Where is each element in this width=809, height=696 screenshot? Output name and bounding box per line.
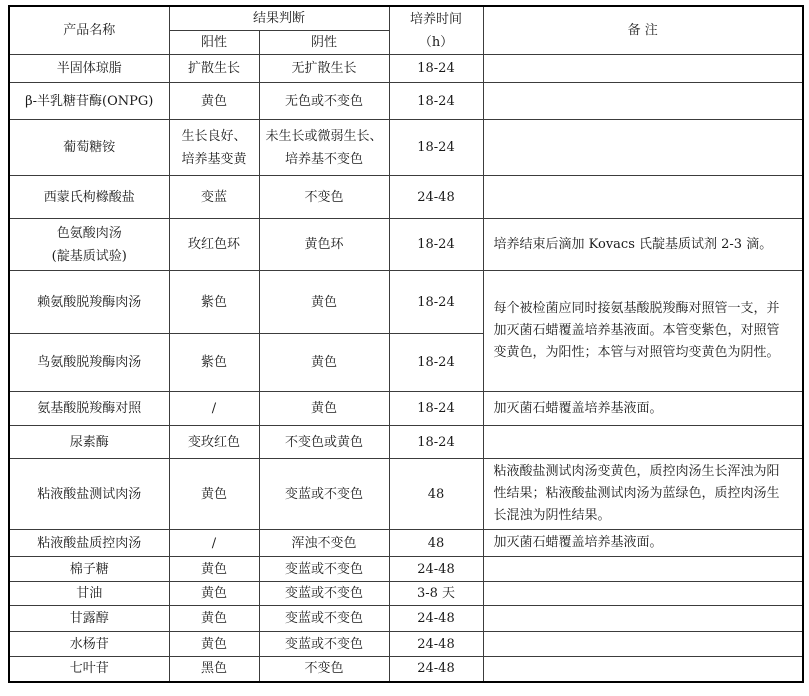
negative-result-cell: 黄色 — [259, 334, 389, 392]
negative-result-cell: 变蓝或不变色 — [259, 459, 389, 530]
positive-result-cell: / — [169, 530, 259, 557]
positive-result-cell: / — [169, 392, 259, 426]
negative-result-cell: 变蓝或不变色 — [259, 632, 389, 657]
biochemical-test-document: 产品名称 结果判断 培养时间 （h） 备 注 阳性 阴性 半固体琼脂 扩散生长 … — [0, 5, 809, 696]
remark-cell: 加灭菌石蜡覆盖培养基液面。 — [483, 392, 803, 426]
positive-result-cell: 紫色 — [169, 334, 259, 392]
negative-result-cell: 黄色 — [259, 271, 389, 334]
product-name-cell: 棉子糖 — [9, 557, 169, 582]
positive-result-cell: 黄色 — [169, 632, 259, 657]
remark-cell: 粘液酸盐测试肉汤变黄色，质控肉汤生长浑浊为阳性结果；粘液酸盐测试肉汤为蓝绿色，质… — [483, 459, 803, 530]
product-name-cell: 粘液酸盐质控肉汤 — [9, 530, 169, 557]
header-culture-time: 培养时间 （h） — [389, 6, 483, 55]
header-negative: 阴性 — [259, 31, 389, 55]
table-row: 甘油 黄色 变蓝或不变色 3-8 天 — [9, 582, 803, 606]
positive-result-cell: 黄色 — [169, 459, 259, 530]
product-name-cell: 甘露醇 — [9, 606, 169, 632]
negative-result-cell: 不变色或黄色 — [259, 426, 389, 459]
product-name-cell: 色氨酸肉汤 (靛基质试验) — [9, 219, 169, 271]
product-name-cell: 氨基酸脱羧酶对照 — [9, 392, 169, 426]
header-positive: 阳性 — [169, 31, 259, 55]
positive-result-cell: 黑色 — [169, 657, 259, 682]
culture-time-cell: 18-24 — [389, 55, 483, 83]
remark-cell — [483, 176, 803, 219]
remark-cell — [483, 582, 803, 606]
table-row: 西蒙氏枸橼酸盐 变蓝 不变色 24-48 — [9, 176, 803, 219]
remark-cell — [483, 55, 803, 83]
culture-time-cell: 18-24 — [389, 219, 483, 271]
table-row: 甘露醇 黄色 变蓝或不变色 24-48 — [9, 606, 803, 632]
product-name-cell: 赖氨酸脱羧酶肉汤 — [9, 271, 169, 334]
culture-time-cell: 24-48 — [389, 606, 483, 632]
positive-result-cell: 黄色 — [169, 557, 259, 582]
culture-time-cell: 18-24 — [389, 392, 483, 426]
culture-time-cell: 18-24 — [389, 271, 483, 334]
positive-result-cell: 扩散生长 — [169, 55, 259, 83]
culture-time-cell: 24-48 — [389, 557, 483, 582]
table-row: 半固体琼脂 扩散生长 无扩散生长 18-24 — [9, 55, 803, 83]
results-table: 产品名称 结果判断 培养时间 （h） 备 注 阳性 阴性 半固体琼脂 扩散生长 … — [8, 5, 804, 683]
culture-time-cell: 18-24 — [389, 334, 483, 392]
positive-result-cell: 黄色 — [169, 606, 259, 632]
table-row: β-半乳糖苷酶(ONPG) 黄色 无色或不变色 18-24 — [9, 83, 803, 120]
header-result-judgment: 结果判断 — [169, 6, 389, 31]
culture-time-cell: 18-24 — [389, 120, 483, 176]
table-row: 粘液酸盐测试肉汤 黄色 变蓝或不变色 48 粘液酸盐测试肉汤变黄色，质控肉汤生长… — [9, 459, 803, 530]
remark-cell: 培养结束后滴加 Kovacs 氏靛基质试剂 2-3 滴。 — [483, 219, 803, 271]
negative-result-cell: 黄色环 — [259, 219, 389, 271]
product-name-cell: 七叶苷 — [9, 657, 169, 682]
negative-result-cell: 变蓝或不变色 — [259, 557, 389, 582]
culture-time-cell: 48 — [389, 530, 483, 557]
remark-cell — [483, 83, 803, 120]
culture-time-cell: 24-48 — [389, 632, 483, 657]
negative-result-cell: 不变色 — [259, 657, 389, 682]
culture-time-cell: 24-48 — [389, 657, 483, 682]
table-row: 色氨酸肉汤 (靛基质试验) 玫红色环 黄色环 18-24 培养结束后滴加 Kov… — [9, 219, 803, 271]
positive-result-cell: 黄色 — [169, 582, 259, 606]
header-product-name: 产品名称 — [9, 6, 169, 55]
culture-time-cell: 24-48 — [389, 176, 483, 219]
header-row-1: 产品名称 结果判断 培养时间 （h） 备 注 — [9, 6, 803, 31]
table-row: 水杨苷 黄色 变蓝或不变色 24-48 — [9, 632, 803, 657]
remark-cell — [483, 120, 803, 176]
positive-result-cell: 紫色 — [169, 271, 259, 334]
product-name-cell: 半固体琼脂 — [9, 55, 169, 83]
remark-cell: 加灭菌石蜡覆盖培养基液面。 — [483, 530, 803, 557]
culture-time-cell: 18-24 — [389, 83, 483, 120]
negative-result-cell: 浑浊不变色 — [259, 530, 389, 557]
table-row: 七叶苷 黑色 不变色 24-48 — [9, 657, 803, 682]
negative-result-cell: 无扩散生长 — [259, 55, 389, 83]
positive-result-cell: 生长良好、 培养基变黄 — [169, 120, 259, 176]
product-name-cell: 甘油 — [9, 582, 169, 606]
culture-time-cell: 48 — [389, 459, 483, 530]
product-name-cell: β-半乳糖苷酶(ONPG) — [9, 83, 169, 120]
negative-result-cell: 变蓝或不变色 — [259, 606, 389, 632]
table-row: 葡萄糖铵 生长良好、 培养基变黄 未生长或微弱生长、 培养基不变色 18-24 — [9, 120, 803, 176]
positive-result-cell: 变蓝 — [169, 176, 259, 219]
header-remark: 备 注 — [483, 6, 803, 55]
negative-result-cell: 无色或不变色 — [259, 83, 389, 120]
table-row: 尿素酶 变玫红色 不变色或黄色 18-24 — [9, 426, 803, 459]
product-name-cell: 葡萄糖铵 — [9, 120, 169, 176]
product-name-cell: 西蒙氏枸橼酸盐 — [9, 176, 169, 219]
negative-result-cell: 未生长或微弱生长、 培养基不变色 — [259, 120, 389, 176]
product-name-cell: 尿素酶 — [9, 426, 169, 459]
product-name-cell: 水杨苷 — [9, 632, 169, 657]
positive-result-cell: 玫红色环 — [169, 219, 259, 271]
table-row: 氨基酸脱羧酶对照 / 黄色 18-24 加灭菌石蜡覆盖培养基液面。 — [9, 392, 803, 426]
positive-result-cell: 变玫红色 — [169, 426, 259, 459]
negative-result-cell: 黄色 — [259, 392, 389, 426]
table-row: 粘液酸盐质控肉汤 / 浑浊不变色 48 加灭菌石蜡覆盖培养基液面。 — [9, 530, 803, 557]
table-row: 棉子糖 黄色 变蓝或不变色 24-48 — [9, 557, 803, 582]
culture-time-cell: 3-8 天 — [389, 582, 483, 606]
product-name-cell: 粘液酸盐测试肉汤 — [9, 459, 169, 530]
negative-result-cell: 变蓝或不变色 — [259, 582, 389, 606]
table-row: 赖氨酸脱羧酶肉汤 紫色 黄色 18-24 每个被检菌应同时接氨基酸脱羧酶对照管一… — [9, 271, 803, 334]
remark-cell — [483, 426, 803, 459]
remark-cell — [483, 557, 803, 582]
remark-cell — [483, 606, 803, 632]
positive-result-cell: 黄色 — [169, 83, 259, 120]
remark-cell — [483, 632, 803, 657]
negative-result-cell: 不变色 — [259, 176, 389, 219]
culture-time-cell: 18-24 — [389, 426, 483, 459]
remark-cell-merged: 每个被检菌应同时接氨基酸脱羧酶对照管一支，并加灭菌石蜡覆盖培养基液面。本管变紫色… — [483, 271, 803, 392]
product-name-cell: 鸟氨酸脱羧酶肉汤 — [9, 334, 169, 392]
remark-cell — [483, 657, 803, 682]
